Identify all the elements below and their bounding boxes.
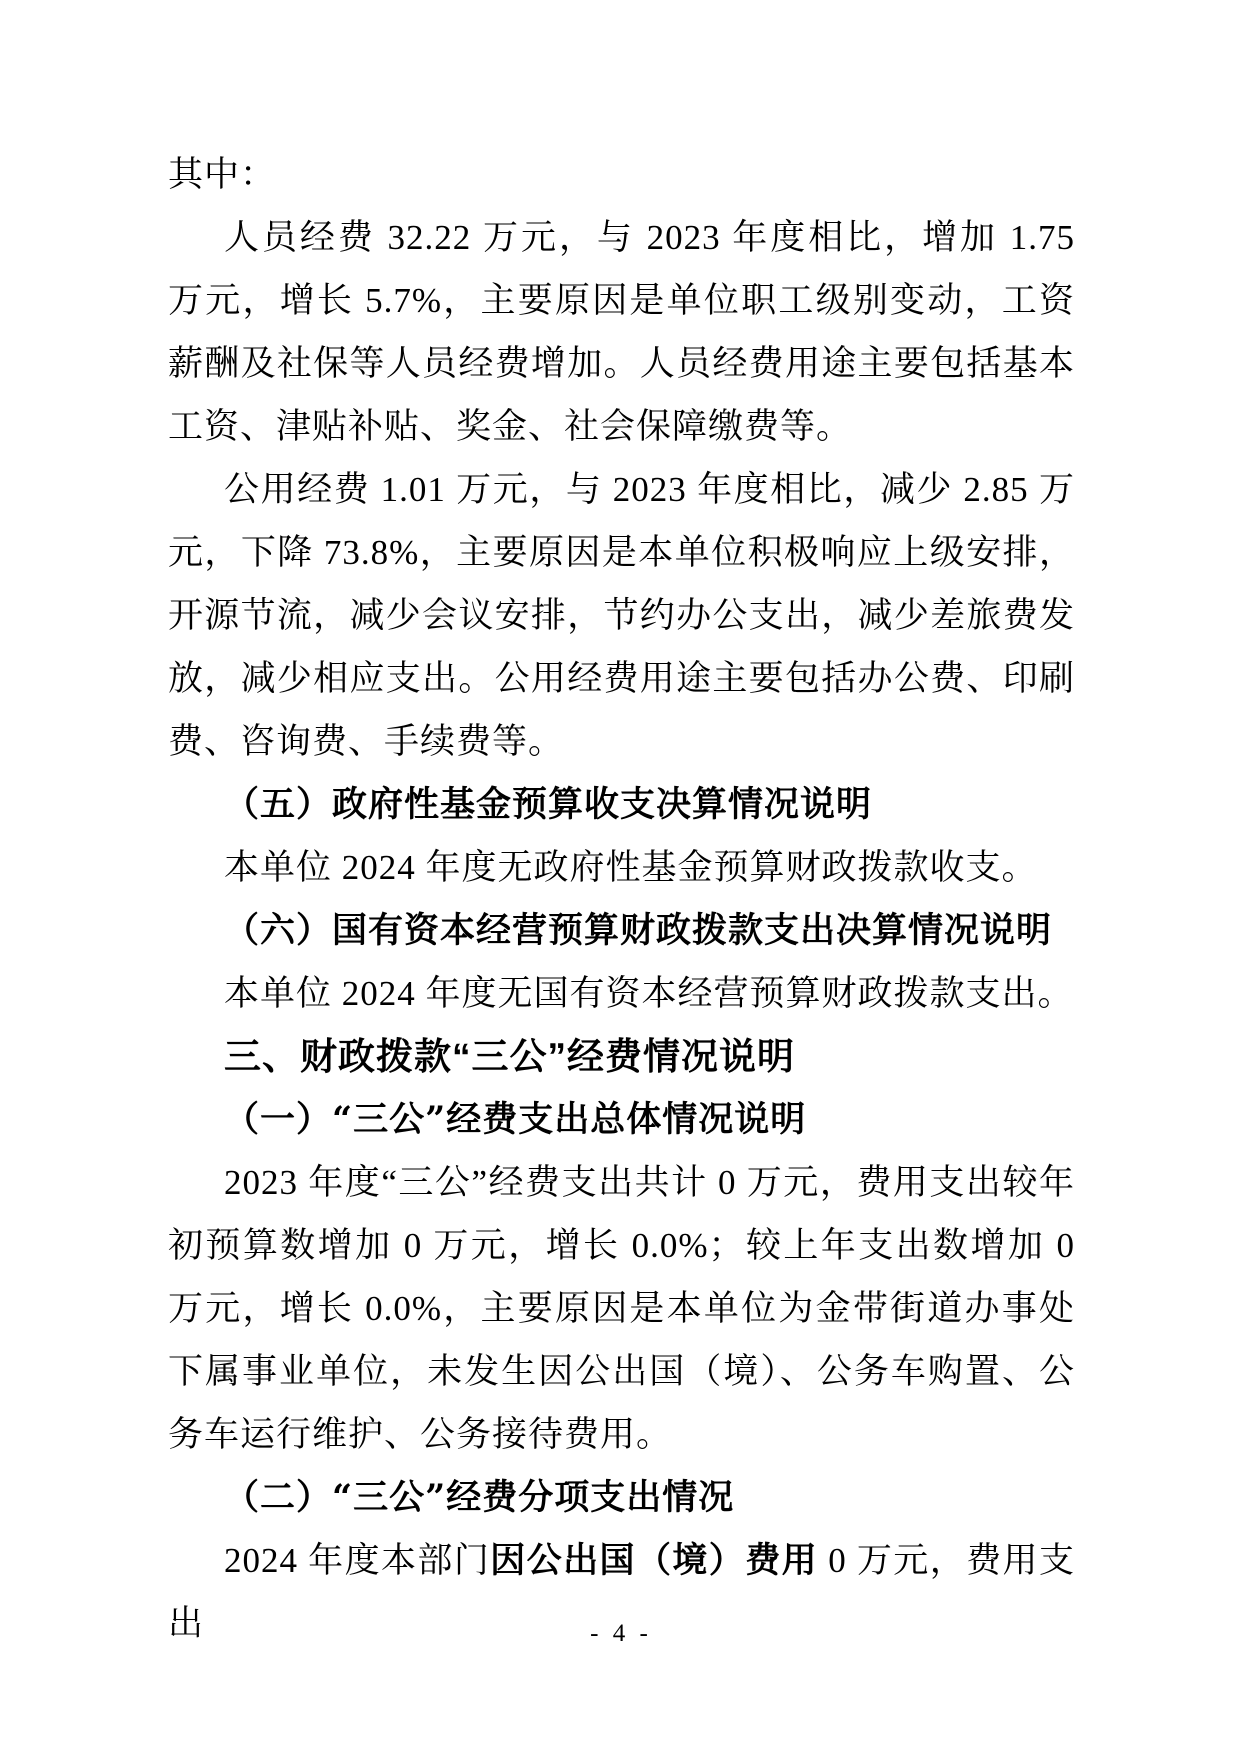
subsection-heading-3-1: （一）“三公”经费支出总体情况说明 xyxy=(168,1088,1075,1151)
section-heading-3: 三、财政拨款“三公”经费情况说明 xyxy=(168,1025,1075,1088)
subsection-heading-6: （六）国有资本经营预算财政拨款支出决算情况说明 xyxy=(168,899,1075,962)
page-number: - 4 - xyxy=(0,1620,1242,1648)
body-paragraph-gov-fund: 本单位 2024 年度无政府性基金预算财政拨款收支。 xyxy=(168,836,1075,899)
bold-emphasis: 因公出国（境）费用 xyxy=(490,1541,818,1580)
intro-label: 其中： xyxy=(168,143,1075,206)
body-paragraph-three-public-overview: 2023 年度“三公”经费支出共计 0 万元，费用支出较年初预算数增加 0 万元… xyxy=(168,1151,1075,1466)
body-paragraph-personnel-funds: 人员经费 32.22 万元，与 2023 年度相比，增加 1.75 万元，增长 … xyxy=(168,206,1075,458)
body-paragraph-state-capital: 本单位 2024 年度无国有资本经营预算财政拨款支出。 xyxy=(168,962,1075,1025)
text-run: 2024 年度本部门 xyxy=(224,1541,490,1580)
document-page: 其中：人员经费 32.22 万元，与 2023 年度相比，增加 1.75 万元，… xyxy=(0,0,1242,1755)
body-paragraph-public-funds: 公用经费 1.01 万元，与 2023 年度相比，减少 2.85 万元，下降 7… xyxy=(168,458,1075,773)
subsection-heading-5: （五）政府性基金预算收支决算情况说明 xyxy=(168,773,1075,836)
document-body: 其中：人员经费 32.22 万元，与 2023 年度相比，增加 1.75 万元，… xyxy=(168,143,1075,1655)
subsection-heading-3-2: （二）“三公”经费分项支出情况 xyxy=(168,1466,1075,1529)
